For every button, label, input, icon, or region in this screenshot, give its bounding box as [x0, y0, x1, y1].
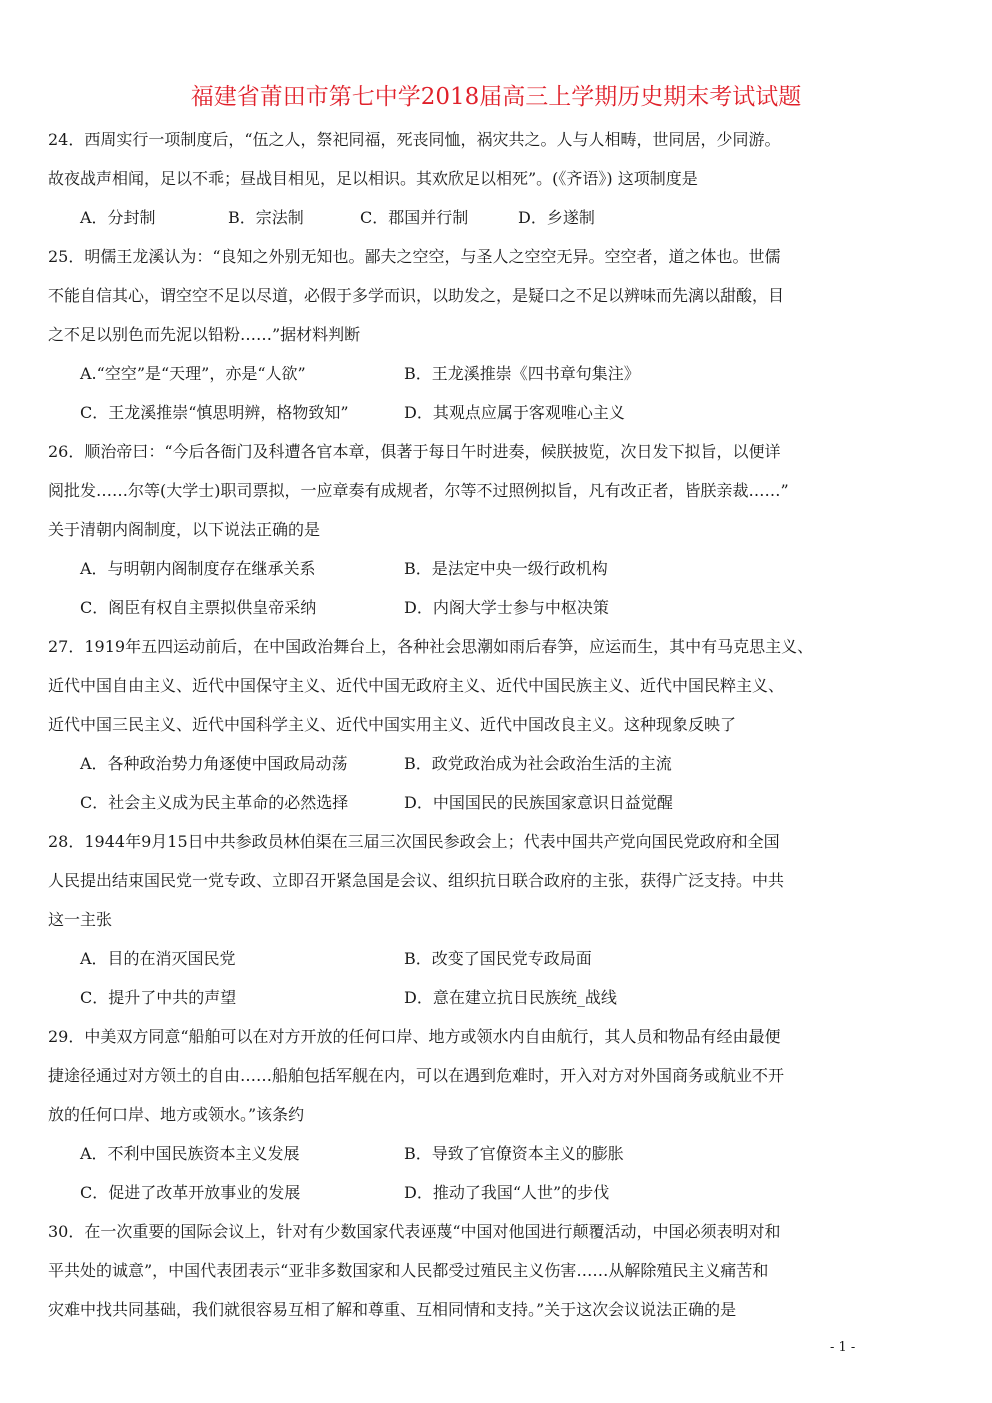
question-text-line: 灾难中找共同基础，我们就很容易互相了解和尊重、互相同情和支持。”关于这次会议说法…: [48, 1300, 736, 1320]
question-text-line: 不能自信其心，谓空空不足以尽道，必假于多学而识，以助发之，是疑口之不足以辨味而先…: [48, 286, 784, 306]
question-text-line: 26．顺治帝曰：“今后各衙门及科遭各官本章，俱著于每日午时进奏，候朕披览，次日发…: [48, 442, 781, 462]
option-a: A．不利中国民族资本主义发展: [80, 1144, 300, 1164]
question-text-line: 故夜战声相闻，足以不乖；昼战目相见，足以相识。其欢欣足以相死”。(《齐语》) 这…: [48, 169, 698, 189]
question-text-line: 放的任何口岸、地方或领水。”该条约: [48, 1105, 304, 1125]
option-b: B．王龙溪推崇《四书章句集注》: [404, 364, 640, 384]
question-text-line: 27．1919年五四运动前后，在中国政治舞台上，各种社会思潮如雨后春笋，应运而生…: [48, 637, 813, 657]
option-b: B．改变了国民党专政局面: [404, 949, 592, 969]
option-c: C．社会主义成为民主革命的必然选择: [80, 793, 348, 813]
page-number: - 1 -: [830, 1340, 855, 1355]
question-text-line: 阅批发……尔等(大学士)职司票拟，一应章奏有成规者，尔等不过照例拟旨，凡有改正者…: [48, 481, 789, 501]
option-d: D．中国国民的民族国家意识日益觉醒: [404, 793, 673, 813]
question-text-line: 近代中国自由主义、近代中国保守主义、近代中国无政府主义、近代中国民族主义、近代中…: [48, 676, 784, 696]
option-b: B．宗法制: [228, 208, 304, 228]
option-c: C．郡国并行制: [360, 208, 468, 228]
question-text-line: 28．1944年9月15日中共参政员林伯渠在三届三次国民参政会上；代表中国共产党…: [48, 832, 780, 852]
question-text-line: 25．明儒王龙溪认为：“良知之外别无知也。鄙夫之空空，与圣人之空空无异。空空者，…: [48, 247, 781, 267]
option-a: A．目的在消灭国民党: [80, 949, 236, 969]
question-text-line: 捷途径通过对方领土的自由……船舶包括军舰在内，可以在遇到危难时，开入对方对外国商…: [48, 1066, 784, 1086]
option-c: C．提升了中共的声望: [80, 988, 236, 1008]
option-a: A．各种政治势力角逐使中国政局动荡: [80, 754, 348, 774]
option-a: A．分封制: [80, 208, 156, 228]
question-text-line: 30．在一次重要的国际会议上，针对有少数国家代表诬蔑“中国对他国进行颠覆活动，中…: [48, 1222, 781, 1242]
option-d: D．乡遂制: [518, 208, 595, 228]
option-a: A.“空空”是“天理”，亦是“人欲”: [80, 364, 306, 384]
document-title: 福建省莆田市第七中学2018届高三上学期历史期末考试试题: [0, 78, 992, 111]
option-c: C．阁臣有权自主票拟供皇帝采纳: [80, 598, 316, 618]
option-d: D．意在建立抗日民族统_战线: [404, 988, 617, 1008]
question-text-line: 关于清朝内阁制度，以下说法正确的是: [48, 520, 320, 540]
option-b: B．导致了官僚资本主义的膨胀: [404, 1144, 624, 1164]
option-a: A．与明朝内阁制度存在继承关系: [80, 559, 316, 579]
question-text-line: 人民提出结束国民党一党专政、立即召开紧急国是会议、组织抗日联合政府的主张，获得广…: [48, 871, 784, 891]
question-text-line: 之不足以别色而先泥以铅粉……”据材料判断: [48, 325, 360, 345]
option-b: B．是法定中央一级行政机构: [404, 559, 608, 579]
option-c: C．促进了改革开放事业的发展: [80, 1183, 300, 1203]
question-text-line: 这一主张: [48, 910, 112, 930]
question-text-line: 平共处的诚意”，中国代表团表示“亚非多数国家和人民都受过殖民主义伤害……从解除殖…: [48, 1261, 768, 1281]
option-c: C．王龙溪推崇“慎思明辨，格物致知”: [80, 403, 349, 423]
question-text-line: 近代中国三民主义、近代中国科学主义、近代中国实用主义、近代中国改良主义。这种现象…: [48, 715, 736, 735]
option-d: D．内阁大学士参与中枢决策: [404, 598, 609, 618]
question-text-line: 29．中美双方同意“船舶可以在对方开放的任何口岸、地方或领水内自由航行，其人员和…: [48, 1027, 781, 1047]
option-b: B．政党政治成为社会政治生活的主流: [404, 754, 672, 774]
option-d: D．其观点应属于客观唯心主义: [404, 403, 625, 423]
question-text-line: 24．西周实行一项制度后，“伍之人，祭祀同福，死丧同恤，祸灾共之。人与人相畴，世…: [48, 130, 781, 150]
option-d: D．推动了我国“人世”的步伐: [404, 1183, 609, 1203]
